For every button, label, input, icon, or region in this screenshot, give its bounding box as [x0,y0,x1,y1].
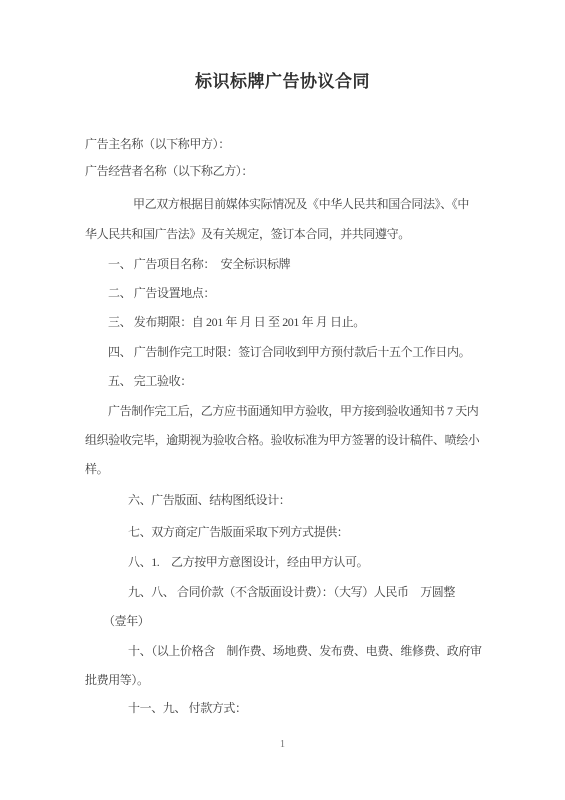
document-line: 五、 完工验收： [108,374,192,389]
document-line: 广告主名称（以下称甲方）： [85,137,230,152]
document-line: 样。 [85,462,108,477]
document-line: 六、广告版面、结构图纸设计： [128,493,290,508]
document-line: 批费用等）。 [85,673,149,688]
document-line: 组织验收完毕，逾期视为验收合格。验收标准为甲方签署的设计稿件、喷绘小 [85,433,479,448]
document-line: 三、 发布期限：自 201 年 月 日 至 201 年 月 日止。 [108,315,365,330]
document-line: 八、1. 乙方按甲方意图设计，经由甲方认可。 [128,555,368,570]
document-line: 一、 广告项目名称： 安全标识标牌 [108,257,290,272]
document-line: 华人民共和国广告法》及有关规定，签订本合同，并共同遵守。 [85,227,410,242]
document-line: 甲乙双方根据目前媒体实际情况及《中华人民共和国合同法》、《中 [133,197,469,212]
document-title: 标识标牌广告协议合同 [0,70,565,94]
document-line: 广告经营者名称（以下称乙方）： [85,164,253,179]
document-line: 广告制作完工后，乙方应书面通知甲方验收，甲方接到验收通知书 7 天内 [108,404,478,419]
document-line: （壹年） [103,614,149,629]
document-line: 十一、九、 付款方式： [128,701,247,716]
document-line: 二、 广告设置地点： [108,286,215,301]
document-line: 九、八、 合同价款（不含版面设计费）：（大写）人民币 万圆整 [128,585,455,600]
document-line: 七、双方商定广告版面采取下列方式提供： [128,525,348,540]
page-number: 1 [0,738,565,751]
document-line: 十、（以上价格含 制作费、场地费、发布费、电费、维修费、政府审 [128,644,482,659]
document-page: 标识标牌广告协议合同 广告主名称（以下称甲方）：广告经营者名称（以下称乙方）：甲… [0,0,565,800]
document-line: 四、 广告制作完工时限：签订合同收到甲方预付款后十五个工作日内。 [108,345,470,360]
